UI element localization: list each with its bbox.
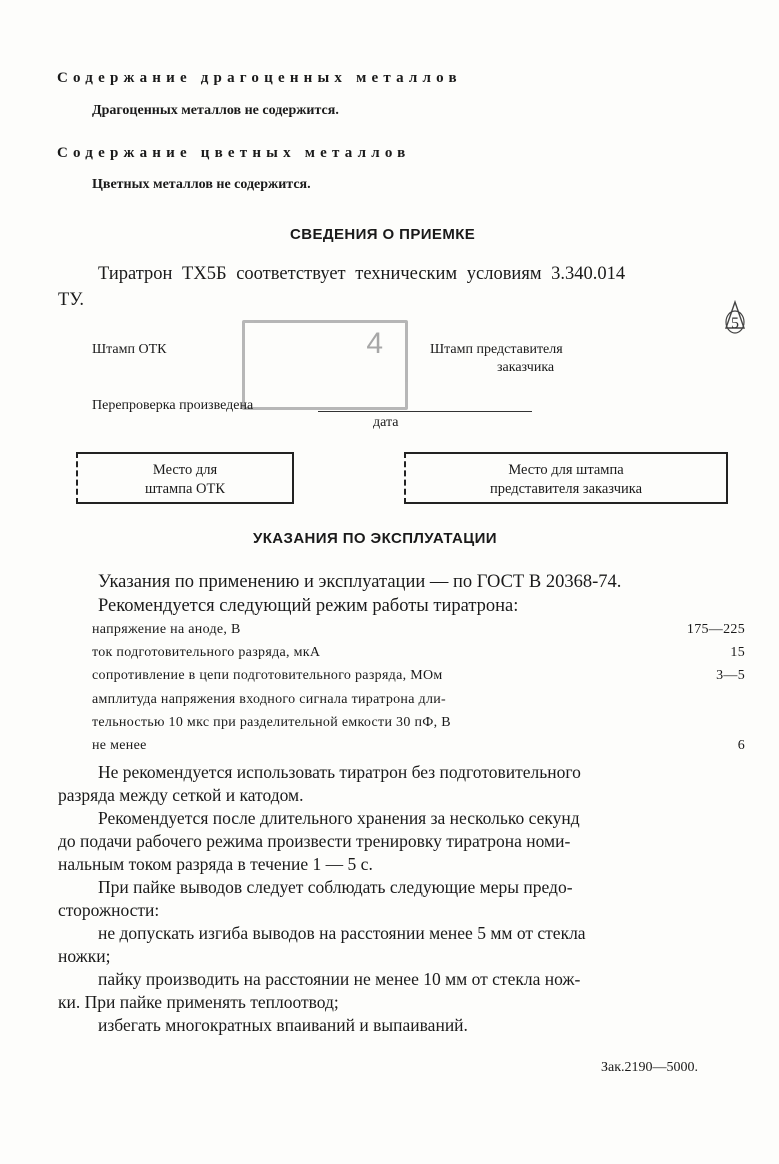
paragraph-line: избегать многократных впаиваний и выпаив… <box>98 1015 468 1036</box>
parameter-label: сопротивление в цепи подготовительного р… <box>92 668 443 684</box>
operation-heading: УКАЗАНИЯ ПО ЭКСПЛУАТАЦИИ <box>253 530 497 547</box>
paragraph-line: ножки; <box>58 946 111 967</box>
nonferrous-metals-text: Цветных металлов не содержится. <box>92 177 311 193</box>
parameter-label: ток подготовительного разряда, мкА <box>92 645 320 661</box>
customer-stamp-box-line1: Место для штампа <box>406 461 726 480</box>
acceptance-heading: СВЕДЕНИЯ О ПРИЕМКЕ <box>290 226 475 243</box>
otk-stamp-box-line2: штампа ОТК <box>78 480 292 499</box>
recheck-date-line <box>318 411 532 412</box>
parameter-label: напряжение на аноде, В <box>92 622 241 638</box>
page-mark-number: 5 <box>731 315 739 332</box>
acceptance-statement-line1: Тиратрон ТХ5Б соответствует техническим … <box>98 264 625 285</box>
paragraph-line: ки. При пайке применять теплоотвод; <box>58 992 339 1013</box>
acceptance-statement-line2: ТУ. <box>58 290 84 311</box>
recheck-label: Перепроверка произведена <box>92 398 253 414</box>
paragraph-line: нальным током разряда в течение 1 — 5 с. <box>58 854 373 875</box>
paragraph-line: до подачи рабочего режима произвести тре… <box>58 831 570 852</box>
otk-stamp-box-line1: Место для <box>78 461 292 480</box>
paragraph-line: разряда между сеткой и катодом. <box>58 785 303 806</box>
mode-intro: Рекомендуется следующий режим работы тир… <box>98 596 518 617</box>
stamp-imprint-number: 4 <box>366 327 383 361</box>
precious-metals-text: Драгоценных металлов не содержится. <box>92 103 339 119</box>
paragraph-line: пайку производить на расстоянии не менее… <box>98 969 580 990</box>
customer-stamp-box-line2: представителя заказчика <box>406 480 726 499</box>
stamp-imprint: 4 <box>242 320 408 410</box>
paragraph-line: Рекомендуется после длительного хранения… <box>98 808 580 829</box>
date-label: дата <box>373 415 398 431</box>
stamp-customer-label-line2: заказчика <box>497 360 554 376</box>
parameter-value: 15 <box>730 645 745 661</box>
nonferrous-metals-title: Содержание цветных металлов <box>57 145 410 162</box>
paragraph-line: сторожности: <box>58 900 159 921</box>
gost-line: Указания по применению и эксплуатации — … <box>98 572 621 593</box>
otk-stamp-box: Место для штампа ОТК <box>76 452 294 504</box>
precious-metals-title: Содержание драгоценных металлов <box>57 70 462 87</box>
order-number: Зак.2190—5000. <box>601 1060 698 1076</box>
paragraph-line: не допускать изгиба выводов на расстояни… <box>98 923 586 944</box>
parameter-label-line: амплитуда напряжения входного сигнала ти… <box>92 692 446 708</box>
parameter-value: 175—225 <box>687 622 745 638</box>
customer-stamp-box: Место для штампа представителя заказчика <box>404 452 728 504</box>
stamp-otk-label: Штамп ОТК <box>92 342 166 358</box>
paragraph-line: При пайке выводов следует соблюдать след… <box>98 877 573 898</box>
parameter-value: 3—5 <box>716 668 745 684</box>
page-mark-triangle-icon: 5 <box>724 300 746 336</box>
parameter-label-line: тельностью 10 мкс при разделительной емк… <box>92 715 451 731</box>
stamp-customer-label-line1: Штамп представителя <box>430 342 563 358</box>
paragraph-line: Не рекомендуется использовать тиратрон б… <box>98 762 581 783</box>
parameter-label-line: не менее <box>92 738 147 754</box>
parameter-value: 6 <box>738 738 745 754</box>
